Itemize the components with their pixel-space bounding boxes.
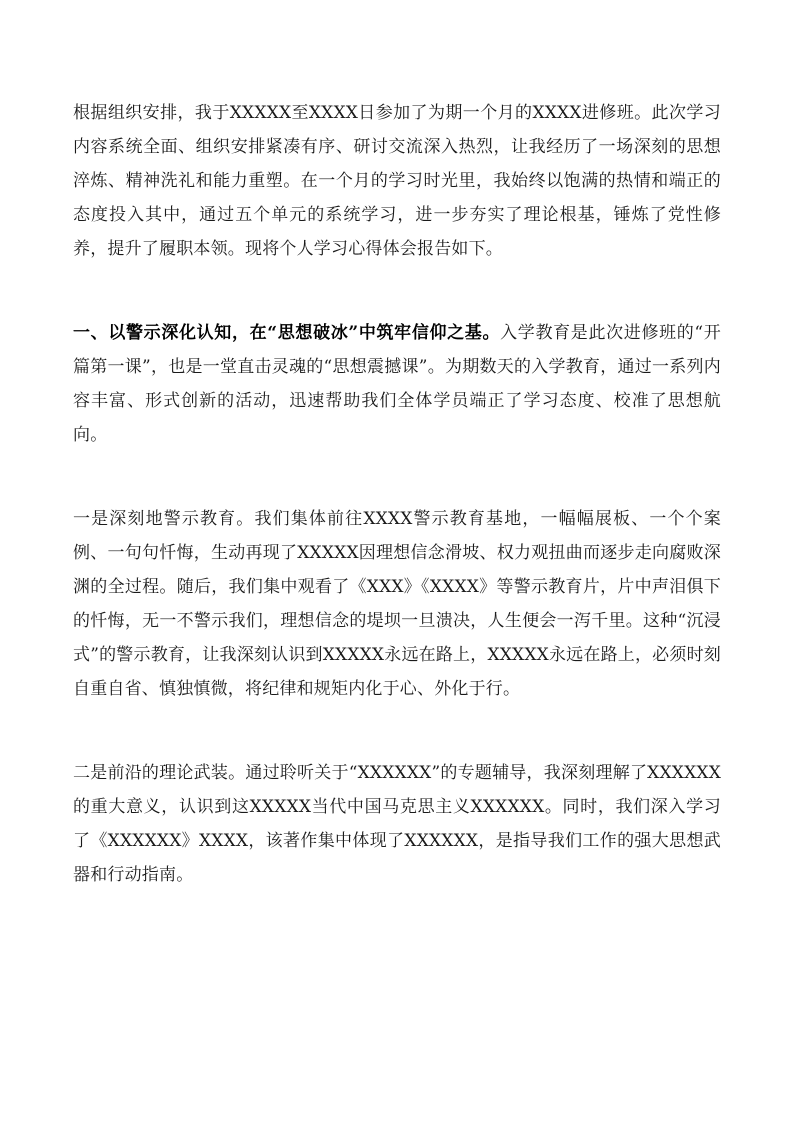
document-page: 根据组织安排，我于XXXXX至XXXX日参加了为期一个月的XXXX进修班。此次学… [73, 96, 721, 942]
section-heading: 一、以警示深化认知，在“思想破冰”中筑牢信仰之基。 [73, 323, 500, 343]
point-2-paragraph: 二是前沿的理论武装。通过聆听关于“XXXXXX”的专题辅导，我深刻理解了XXXX… [73, 756, 721, 892]
paragraph-text: 二是前沿的理论武装。通过聆听关于“XXXXXX”的专题辅导，我深刻理解了XXXX… [73, 763, 721, 885]
paragraph-text: 根据组织安排，我于XXXXX至XXXX日参加了为期一个月的XXXX进修班。此次学… [73, 103, 721, 259]
intro-paragraph: 根据组织安排，我于XXXXX至XXXX日参加了为期一个月的XXXX进修班。此次学… [73, 96, 721, 266]
point-1-paragraph: 一是深刻地警示教育。我们集体前往XXXX警示教育基地，一幅幅展板、一个个案例、一… [73, 502, 721, 706]
paragraph-text: 一是深刻地警示教育。我们集体前往XXXX警示教育基地，一幅幅展板、一个个案例、一… [73, 509, 721, 699]
section-1-paragraph: 一、以警示深化认知，在“思想破冰”中筑牢信仰之基。入学教育是此次进修班的“开篇第… [73, 316, 721, 452]
